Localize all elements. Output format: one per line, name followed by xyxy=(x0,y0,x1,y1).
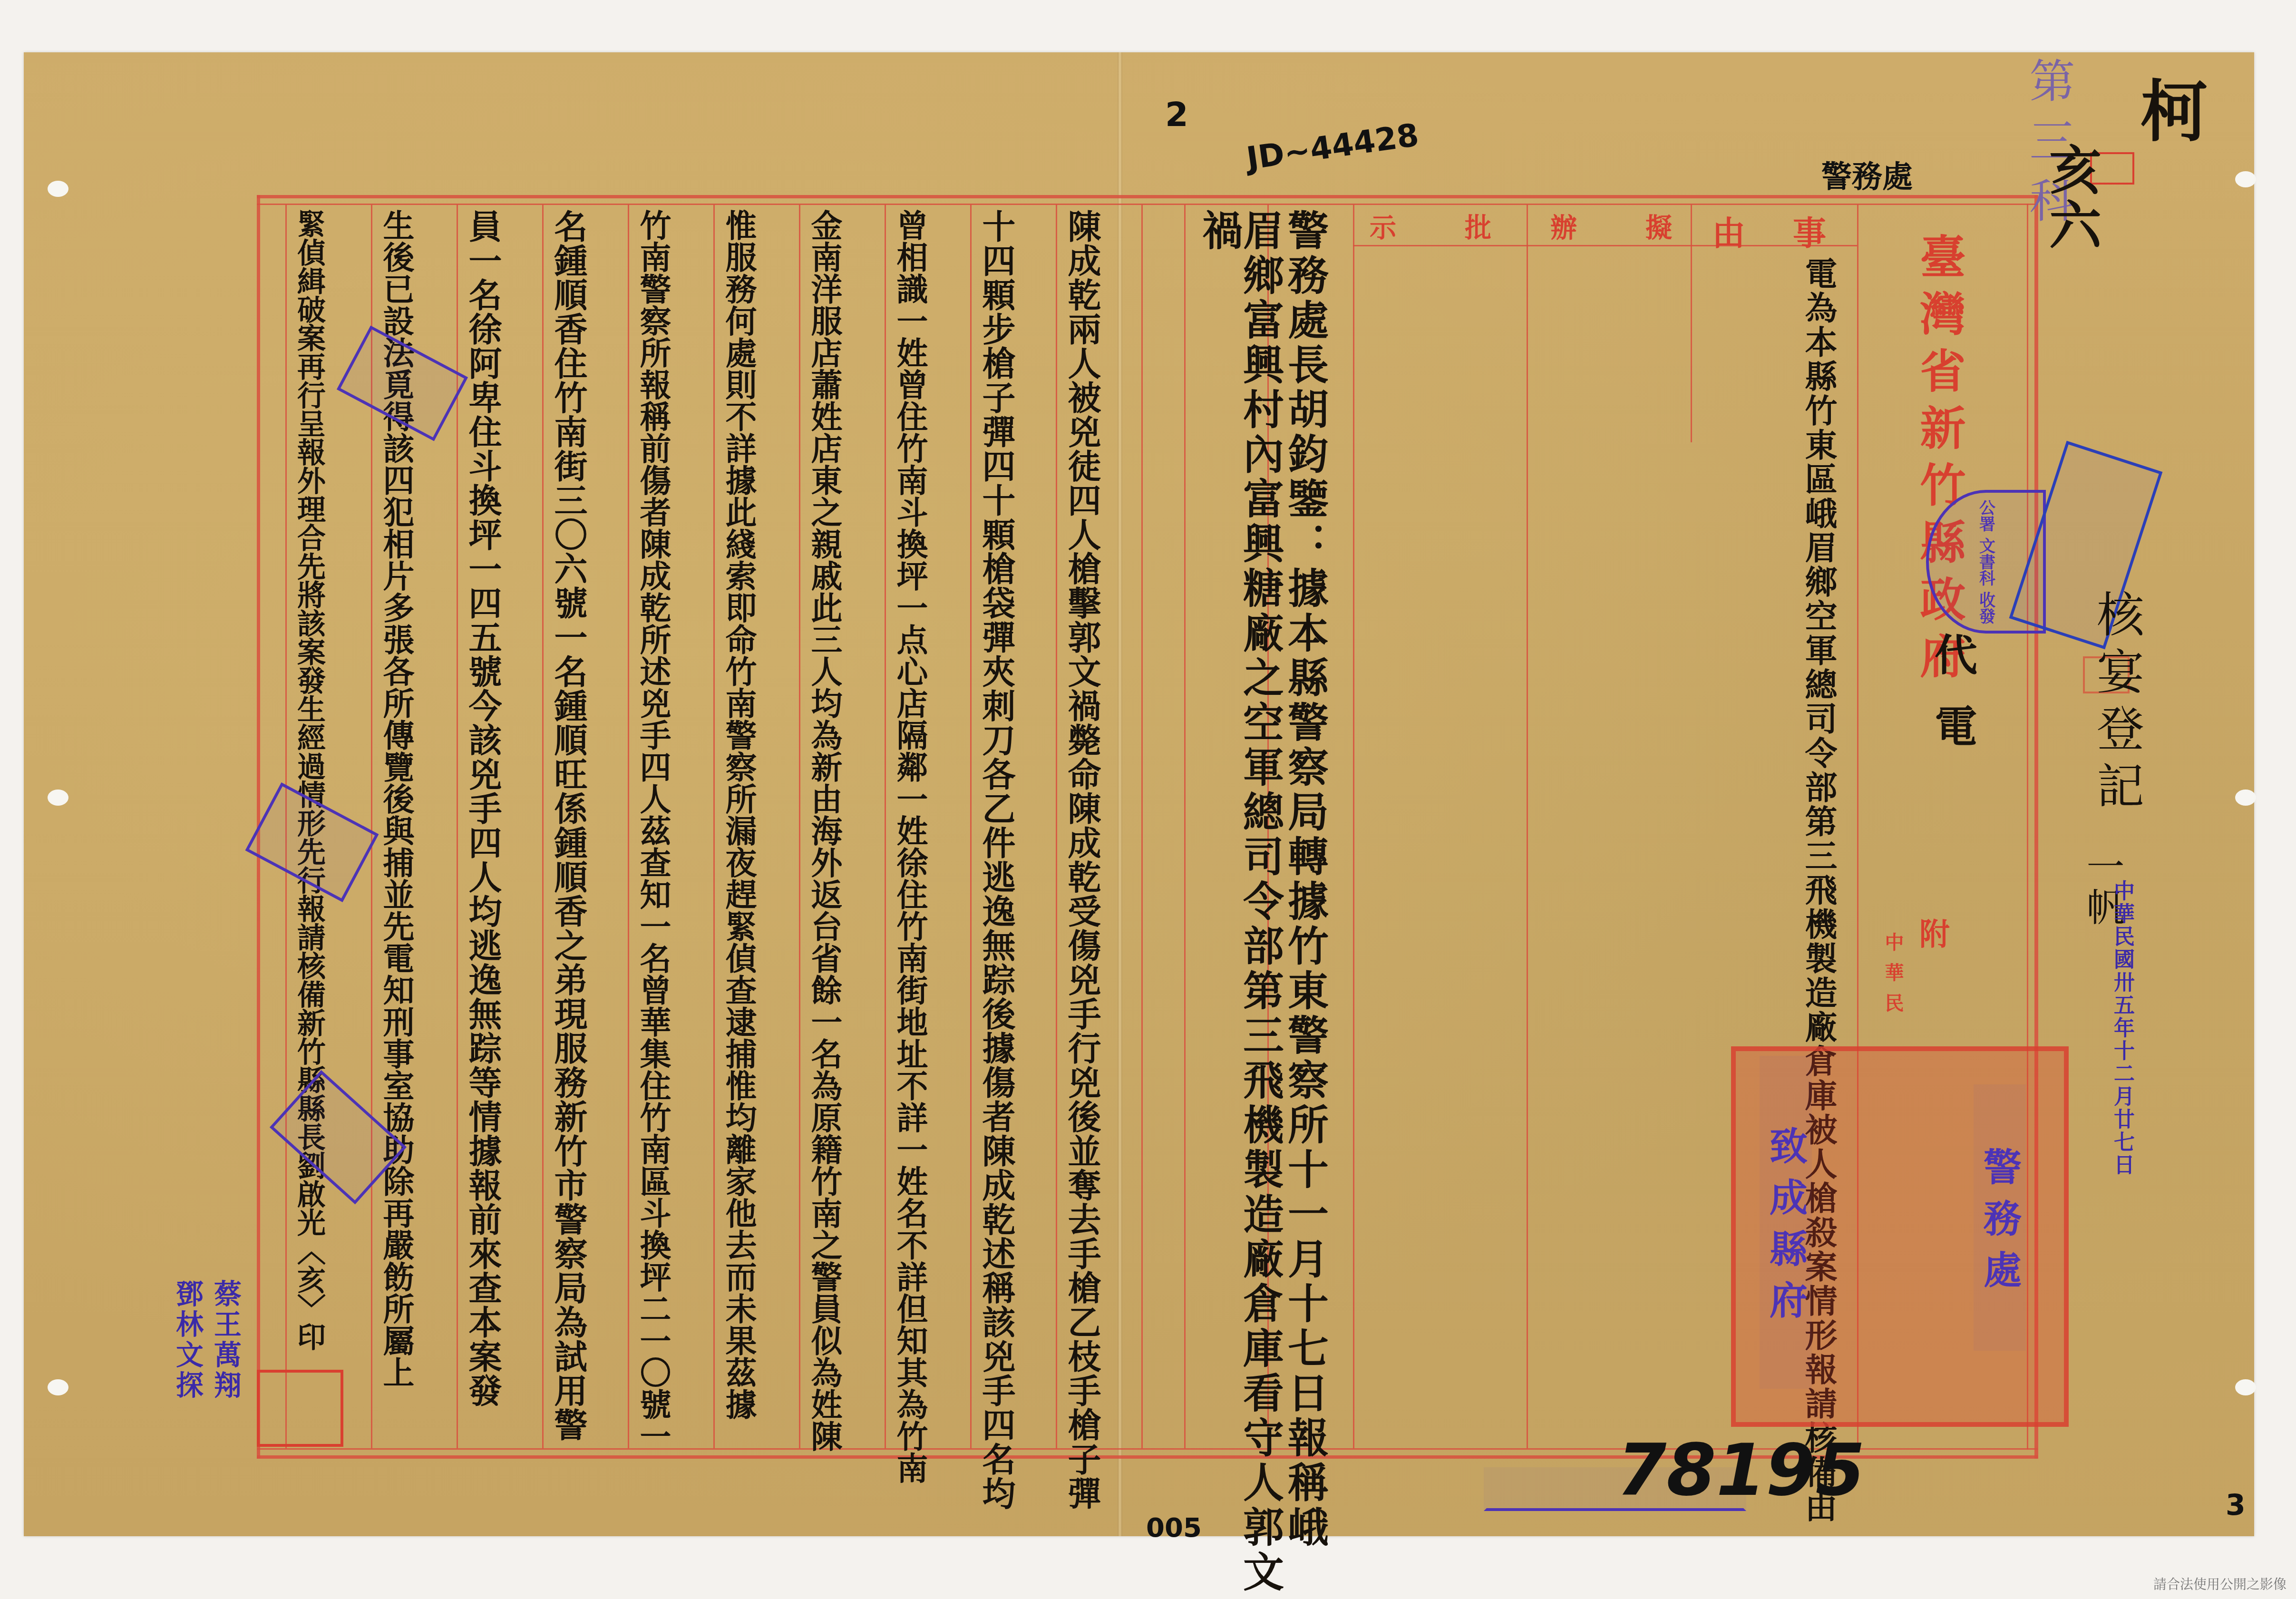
body-column-2: 眉鄉富興村內富興糖廠之空軍總司令部第三飛機製造廠倉庫看守人郭文禍 xyxy=(1198,209,1280,1599)
column-rule xyxy=(713,205,715,1448)
top-right-name: 柯 xyxy=(2135,76,2202,146)
recipient-header: 警務處 xyxy=(1821,152,1913,196)
instruction-label-shi: 示 xyxy=(1370,207,1396,245)
instruction-label-ni: 擬 xyxy=(1645,207,1672,245)
column-rule xyxy=(970,205,972,1448)
body-column-7: 惟服務何處則不詳據此綫索即命竹南警察所漏夜趕緊偵查逮捕惟均離家他去而未果茲據 xyxy=(723,209,754,1420)
column-rule xyxy=(1353,205,1354,1448)
staff-stamp-line-2: 鄧林文探 xyxy=(174,1279,201,1401)
column-rule xyxy=(885,205,886,1448)
staff-stamp-line-1: 蔡王萬翔 xyxy=(212,1279,239,1401)
instruction-label-ban: 辦 xyxy=(1550,207,1577,245)
column-rule xyxy=(542,205,544,1448)
subject-label-shi: 事 xyxy=(1793,207,1826,255)
body-column-1: 警務處長胡鈞鑒：據本縣警察局轉據竹東警察所十一月十七日報稱峨 xyxy=(1284,209,1325,1550)
body-column-12: 緊偵緝破案再行呈報外理合先將該案發生經過情形先行報請核備新竹縣縣長劉啟光〈亥〉印 xyxy=(295,209,323,1351)
registry-number: 78195 xyxy=(1617,1429,1865,1512)
body-column-9: 名鍾順香住竹南街三〇六號一名鍾順旺係鍾順香之弟現服務新竹市警察局為試用警 xyxy=(552,209,585,1442)
binding-hole xyxy=(48,1379,68,1395)
footer-watermark: 請合法使用公開之影像 xyxy=(2153,1574,2286,1593)
subject-label-you: 由 xyxy=(1712,207,1745,255)
binding-hole xyxy=(48,790,68,806)
magistrate-seal xyxy=(257,1370,343,1447)
box-label-rule xyxy=(1353,245,1857,246)
received-date-stamp: 中華民國卅五年十二月廿七日 xyxy=(2111,880,2132,1177)
center-fold xyxy=(1118,52,1122,1536)
frame-top-rule xyxy=(257,195,2038,198)
binding-hole xyxy=(2235,171,2256,187)
body-column-5: 曾相識一姓曾住竹南斗換坪一点心店隔鄰一姓徐住竹南街地址不詳一姓名不詳但知其為竹南 xyxy=(894,209,925,1484)
body-column-6: 金南洋服店蕭姓店東之親戚此三人均為新由海外返台省餘一名為原籍竹南之警員似為姓陳 xyxy=(808,209,840,1452)
column-rule xyxy=(1141,205,1143,1448)
column-rule xyxy=(1527,205,1528,1448)
column-rule xyxy=(799,205,800,1448)
binding-hole xyxy=(48,181,68,197)
frame-top-rule-inner xyxy=(257,204,2038,205)
body-column-8: 竹南警察所報稱前傷者陳成乾所述兇手四人茲查知一名曾華集住竹南區斗換坪二一〇號一 xyxy=(637,209,669,1452)
column-rule xyxy=(1691,205,1692,442)
pencil-page-number: 2 xyxy=(1165,95,1188,134)
registration-note: 核宴登記 xyxy=(2092,590,2140,818)
page-marker-bottom-left: 005 xyxy=(1146,1512,1202,1543)
binding-hole xyxy=(2235,1379,2256,1395)
date-prefix: 中華民 xyxy=(1883,932,1902,1024)
office-stamp-left: 致 成 縣 府 xyxy=(1760,1056,1812,1389)
body-column-4: 十四顆步槍子彈四十顆槍袋彈夾刺刀各乙件逃逸無踪後據傷者陳成乾述稱該兇手四名均 xyxy=(980,209,1013,1511)
office-stamp-right: 警 務 處 xyxy=(1974,1084,2026,1351)
column-rule xyxy=(1184,205,1186,1448)
binding-hole xyxy=(2235,790,2256,806)
body-column-3: 陳成乾兩人被兇徒四人槍擊郭文禍斃命陳成乾受傷兇手行兇後並奪去手槍乙枝手槍子彈 xyxy=(1065,209,1099,1511)
column-rule xyxy=(1056,205,1057,1448)
doc-type-dian: 電 xyxy=(1931,704,1974,750)
column-rule xyxy=(628,205,629,1448)
page-marker-bottom-right: 3 xyxy=(2226,1489,2246,1522)
receipt-mark: 亥六 xyxy=(2045,143,2097,253)
body-column-10: 員一名徐阿卑住斗換坪一四五號今該兇手四人均逃逸無踪等情據報前來查本案發 xyxy=(466,209,499,1408)
attachment-label: 附 xyxy=(1917,918,1947,951)
doc-type-dai: 代 xyxy=(1931,633,1974,678)
instruction-label-pi: 批 xyxy=(1465,207,1491,245)
